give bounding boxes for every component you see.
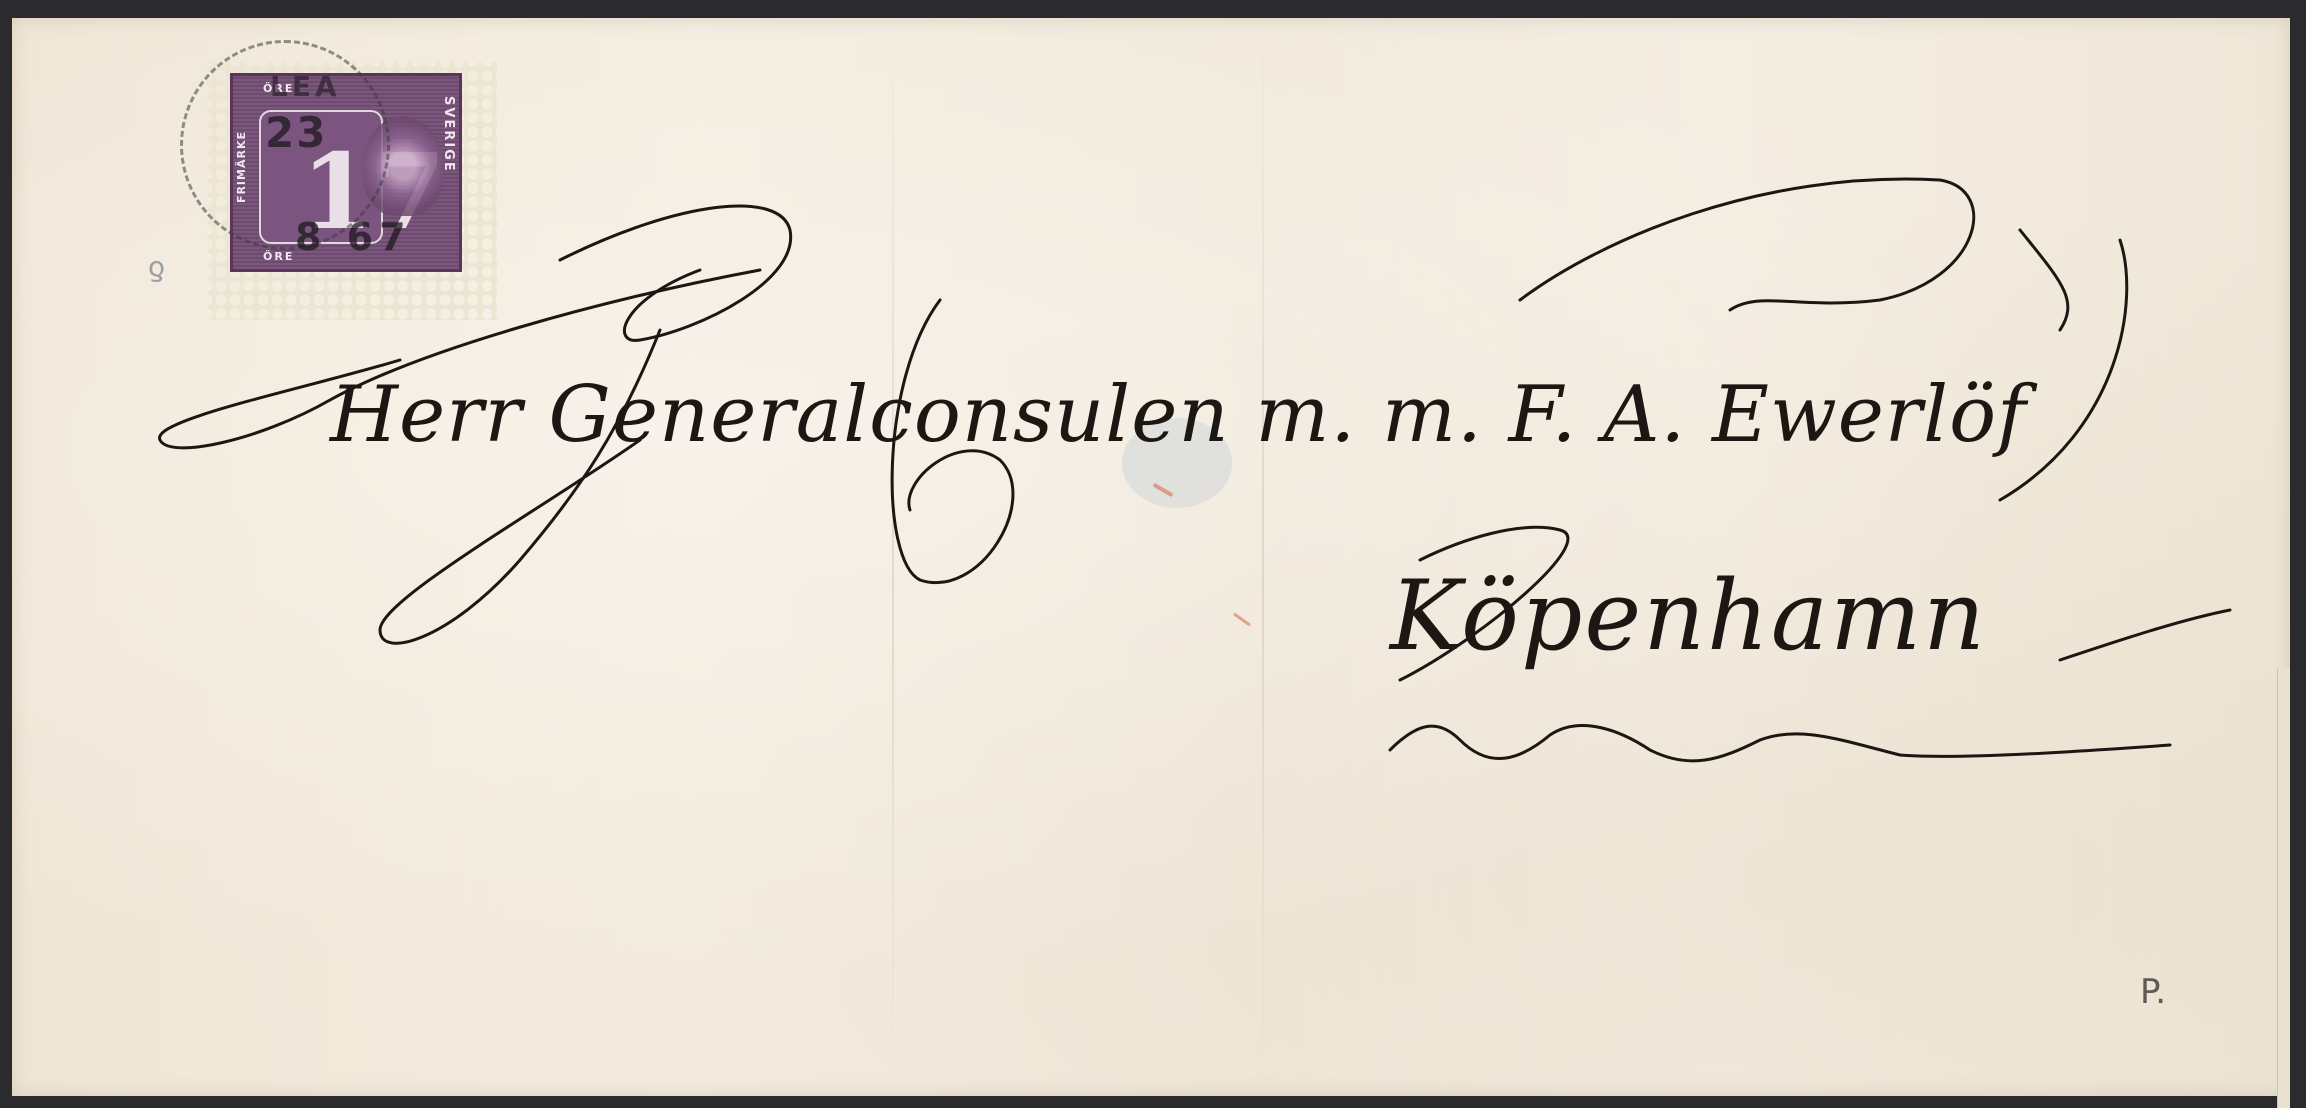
address-line-city: Köpenhamn [1390,560,1987,672]
pencil-notation-left: ƍ [148,250,165,283]
pencil-notation: P. [2140,972,2166,1012]
postmark-month-year: 8 67 [295,215,412,259]
postmark-day: 23 [265,108,327,157]
red-mark [1233,613,1251,627]
stamp-ore-bottom: ÖRE [263,250,294,263]
address-line-recipient: Herr Generalconsulen m. m. F. A. Ewerlöf [330,370,2027,460]
postmark-town: LEA [270,70,341,103]
envelope-edge [2277,668,2290,1108]
paper-fold [1262,18,1264,1096]
stamp-country-label: SVERIGE [441,96,456,173]
paper-fold [892,18,894,1096]
